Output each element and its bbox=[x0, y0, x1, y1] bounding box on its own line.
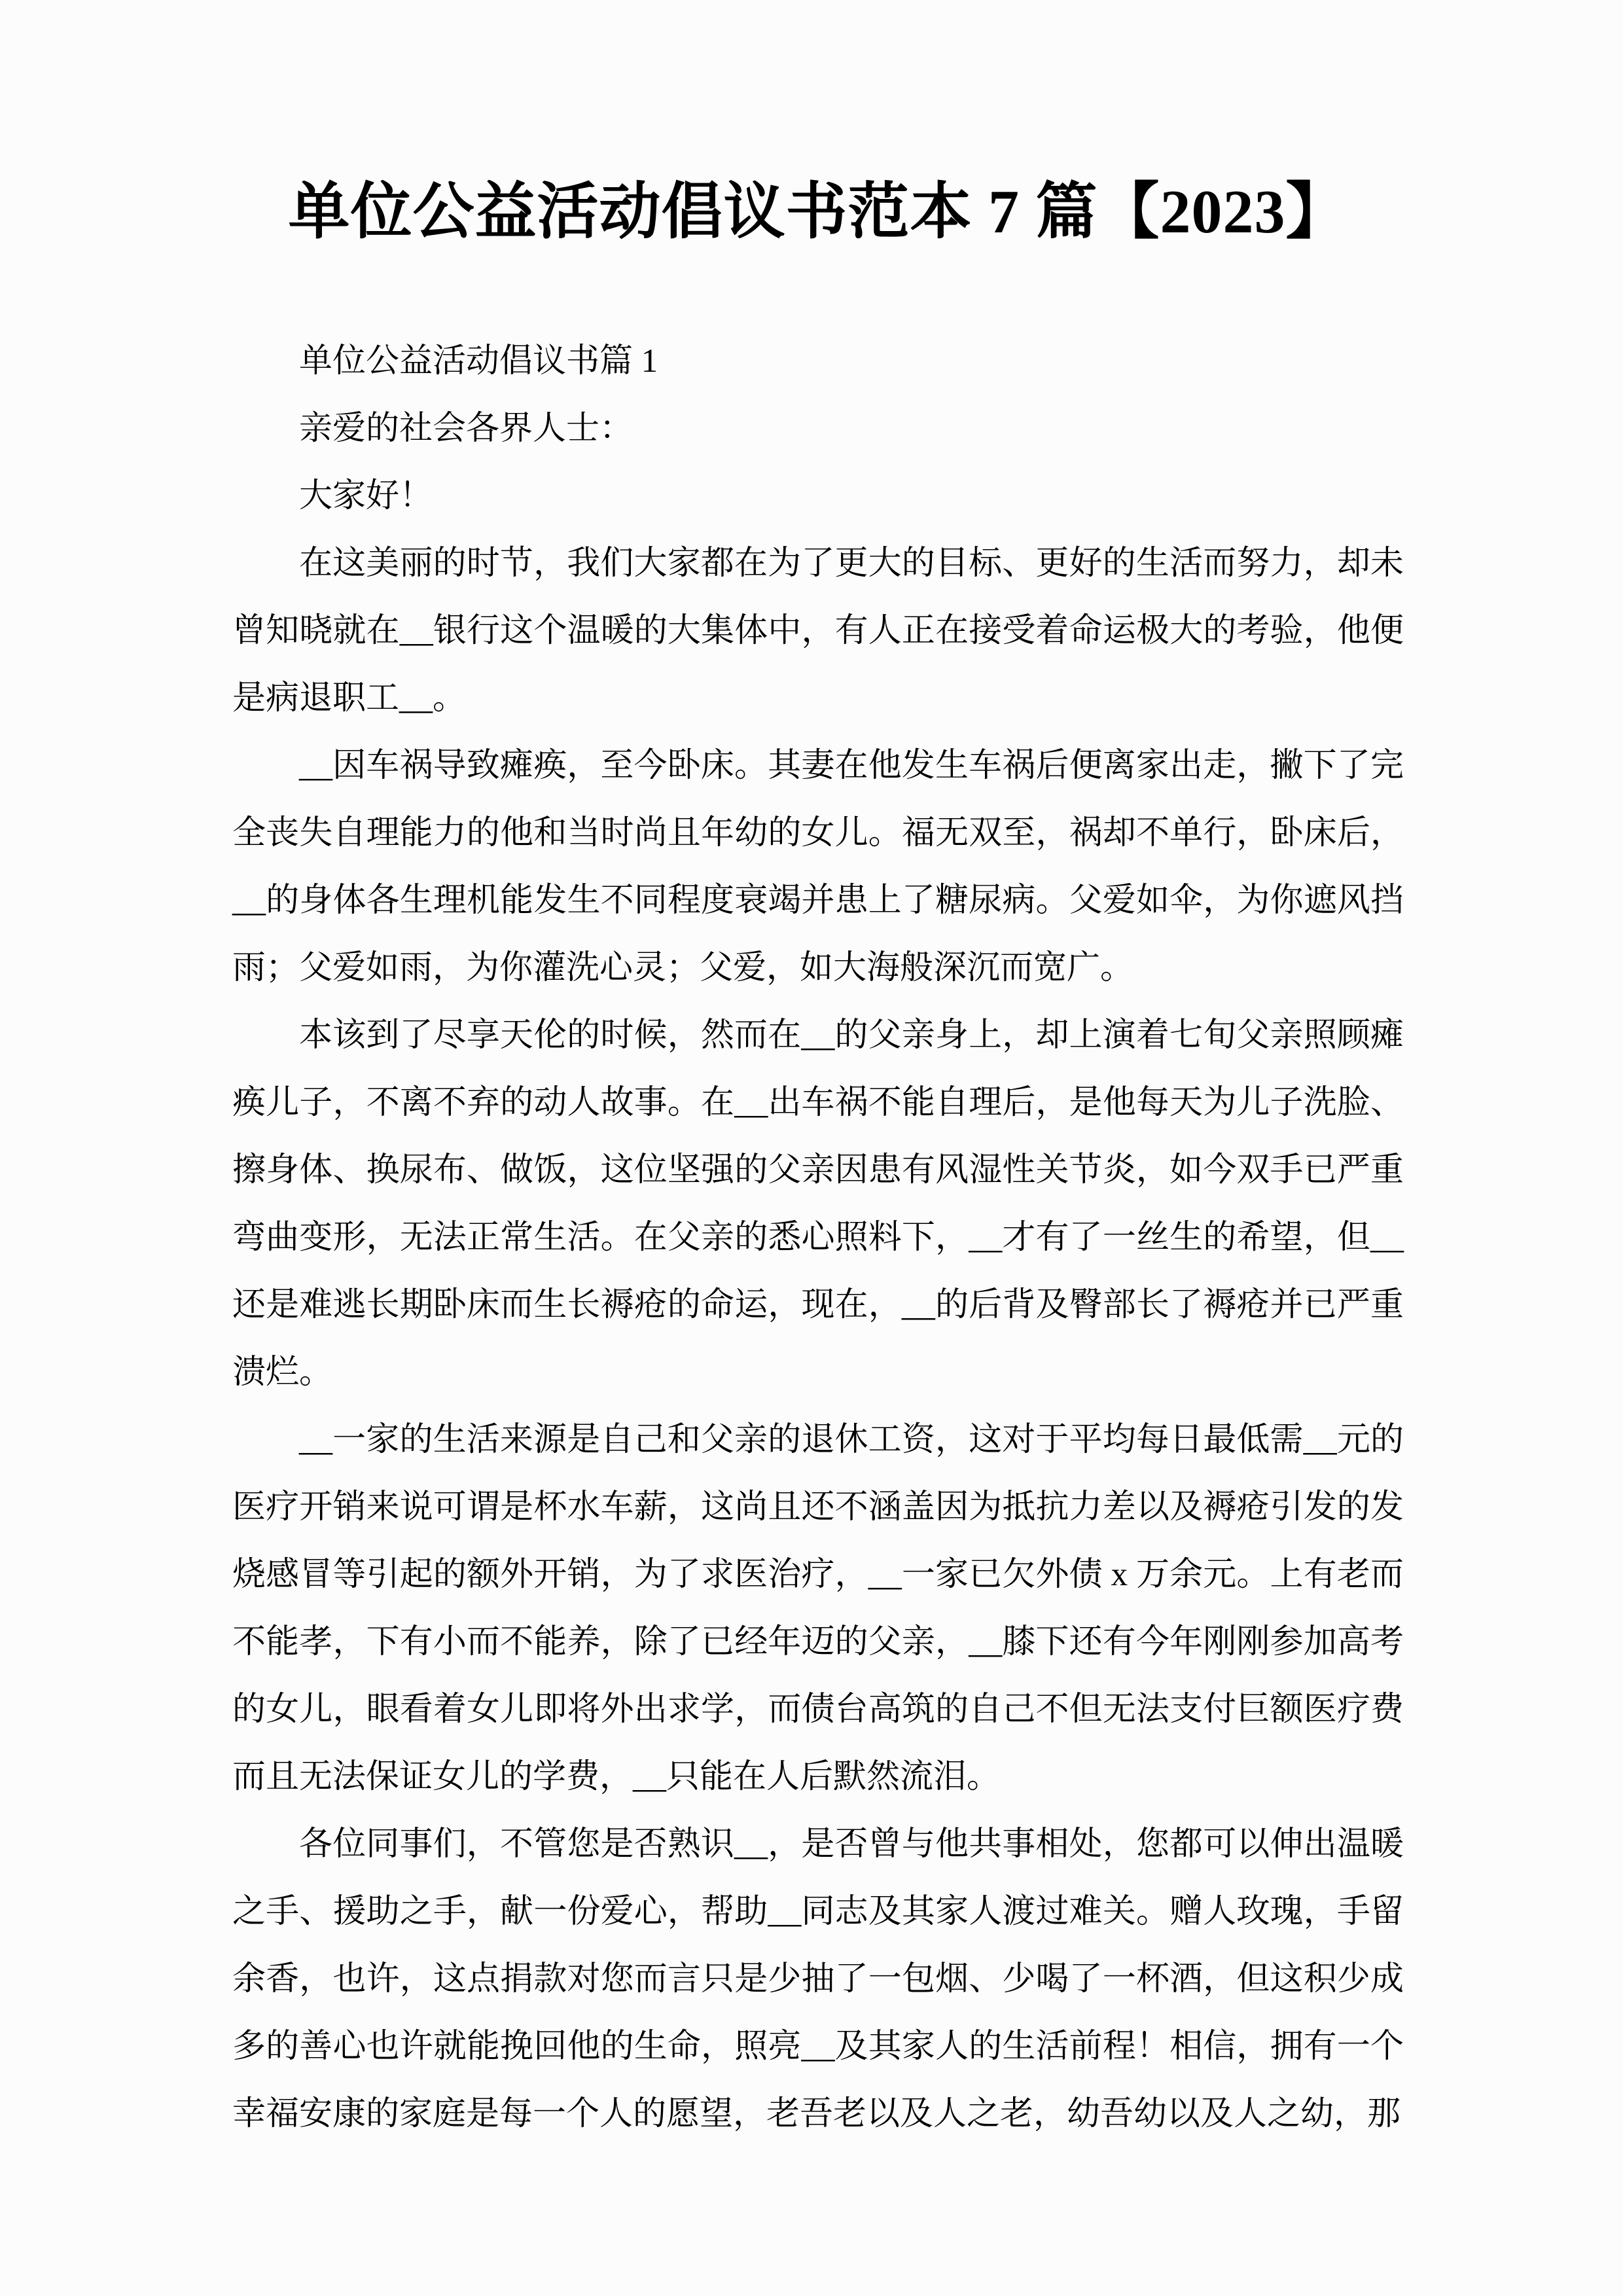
paragraph-body-2: __因车祸导致瘫痪，至今卧床。其妻在他发生车祸后便离家出走，撇下了完全丧失自理能… bbox=[232, 732, 1404, 1002]
paragraph-body-3: 本该到了尽享天伦的时候，然而在__的父亲身上，却上演着七旬父亲照顾瘫痪儿子，不离… bbox=[232, 1002, 1404, 1407]
document-page: 单位公益活动倡议书范本 7 篇【2023】 单位公益活动倡议书篇 1 亲爱的社会… bbox=[0, 0, 1623, 2296]
paragraph-greeting: 大家好！ bbox=[232, 463, 1404, 530]
paragraph-body-4: __一家的生活来源是自己和父亲的退休工资，这对于平均每日最低需__元的医疗开销来… bbox=[232, 1407, 1404, 1811]
document-body: 单位公益活动倡议书篇 1 亲爱的社会各界人士： 大家好！ 在这美丽的时节，我们大… bbox=[232, 328, 1404, 2148]
document-title: 单位公益活动倡议书范本 7 篇【2023】 bbox=[232, 171, 1404, 253]
paragraph-body-1: 在这美丽的时节，我们大家都在为了更大的目标、更好的生活而努力，却未曾知晓就在__… bbox=[232, 530, 1404, 732]
paragraph-section-label: 单位公益活动倡议书篇 1 bbox=[232, 328, 1404, 395]
paragraph-salutation: 亲爱的社会各界人士： bbox=[232, 395, 1404, 463]
paragraph-body-5: 各位同事们，不管您是否熟识__，是否曾与他共事相处，您都可以伸出温暖之手、援助之… bbox=[232, 1811, 1404, 2148]
